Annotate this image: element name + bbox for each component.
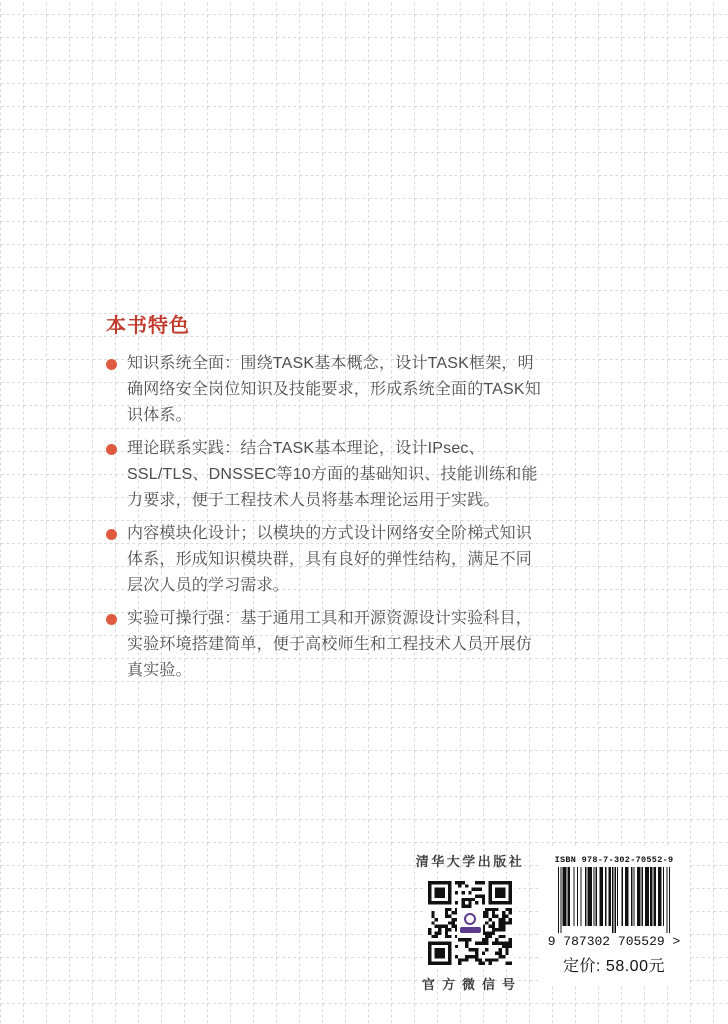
feature-item-knowledge: 知识系统全面：围绕TASK基本概念，设计TASK框架，明确网络安全岗位知识及技能…	[106, 351, 544, 429]
price-label: 定价: 58.00元	[541, 953, 687, 976]
bullet-dot-icon	[106, 614, 117, 625]
bullet-dot-icon	[106, 444, 117, 455]
barcode-icon	[558, 867, 670, 933]
feature-text: 理论联系实践：结合TASK基本理论，设计IPsec、SSL/TLS、DNSSEC…	[127, 436, 544, 514]
bullet-dot-icon	[106, 359, 117, 370]
bullet-dot-icon	[106, 529, 117, 540]
wechat-label: 官方微信号	[410, 974, 534, 993]
publisher-name: 清华大学出版社	[406, 851, 534, 870]
feature-text: 实验可操行强：基于通用工具和开源资源设计实验科目，实验环境搭建简单，便于高校师生…	[127, 606, 544, 684]
seal-emblem-icon	[464, 913, 476, 925]
book-back-cover: 本书特色 知识系统全面：围绕TASK基本概念，设计TASK框架，明确网络安全岗位…	[0, 0, 728, 1024]
feature-text: 知识系统全面：围绕TASK基本概念，设计TASK框架，明确网络安全岗位知识及技能…	[127, 351, 544, 429]
features-heading: 本书特色	[106, 314, 544, 338]
logo-banner-icon	[460, 927, 481, 933]
wechat-qr-code	[426, 879, 514, 967]
features-section: 本书特色 知识系统全面：围绕TASK基本概念，设计TASK框架，明确网络安全岗位…	[106, 314, 544, 691]
feature-text: 内容模块化设计；以模块的方式设计网络安全阶梯式知识体系，形成知识模块群，具有良好…	[127, 521, 544, 599]
feature-item-experiments: 实验可操行强：基于通用工具和开源资源设计实验科目，实验环境搭建简单，便于高校师生…	[106, 606, 544, 684]
barcode-block: ISBN 978-7-302-70552-9 9 787302 705529 >…	[541, 848, 687, 986]
isbn-label: ISBN 978-7-302-70552-9	[541, 855, 687, 865]
barcode-digits: 9 787302 705529 >	[541, 934, 687, 949]
feature-item-modular-design: 内容模块化设计；以模块的方式设计网络安全阶梯式知识体系，形成知识模块群，具有良好…	[106, 521, 544, 599]
publisher-logo-icon	[457, 908, 483, 938]
feature-item-theory-practice: 理论联系实践：结合TASK基本理论，设计IPsec、SSL/TLS、DNSSEC…	[106, 436, 544, 514]
publisher-block: 清华大学出版社 官方微信号	[406, 851, 534, 993]
